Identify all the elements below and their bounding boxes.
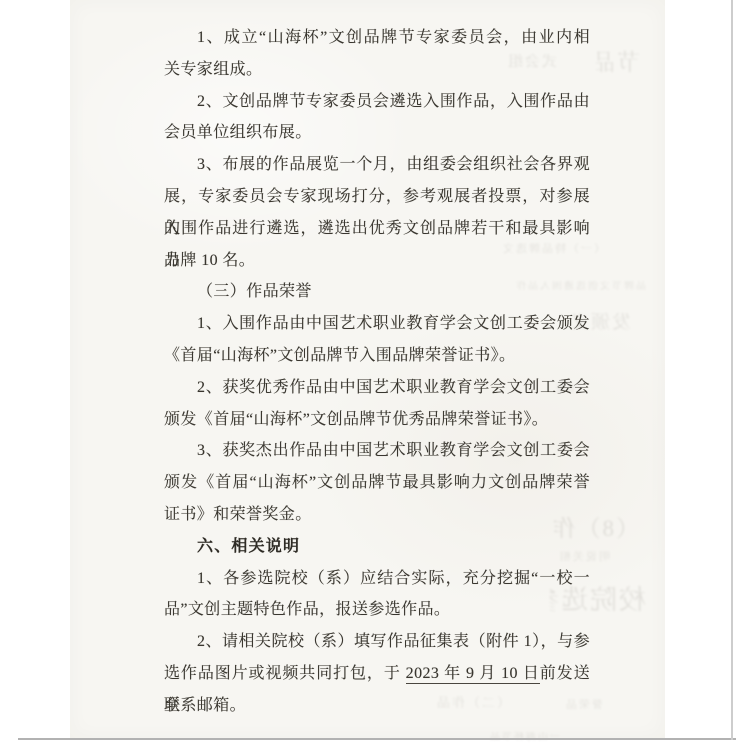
doc-line-6: 展，专家委员会专家现场打分，参考观展者投票，对参展的 [164, 181, 590, 213]
doc-line-9: （三）作品荣誉 [164, 276, 590, 308]
page-bottom-divider [18, 738, 736, 740]
doc-line-11: 《首届“山海杯”文创品牌节入围品牌荣誉证书》。 [164, 340, 590, 372]
underlined-deadline-date: 2023 年 9 月 10 日 [406, 665, 540, 684]
doc-line-13: 颁发《首届“山海杯”文创品牌节优秀品牌荣誉证书》。 [164, 404, 590, 436]
doc-line-16: 证书》和荣誉奖金。 [164, 499, 590, 531]
doc-line-22: 联系邮箱。 [164, 690, 590, 722]
doc-line-1: 1、成立“山海杯”文创品牌节专家委员会，由业内相 [164, 22, 590, 54]
doc-line-19: 品”文创主题特色作品，报送参选作品。 [164, 594, 590, 626]
doc-line-10: 1、入围作品由中国艺术职业教育学会文创工委会颁发 [164, 308, 590, 340]
doc-line-20: 2、请相关院校（系）填写作品征集表（附件 1），与参 [164, 626, 590, 658]
doc-line-14: 3、获奖杰出作品由中国艺术职业教育学会文创工委会 [164, 435, 590, 467]
doc-line-12: 2、获奖优秀作品由中国艺术职业教育学会文创工委会 [164, 372, 590, 404]
doc-line-18: 1、各参选院校（系）应结合实际，充分挖掘“一校一 [164, 563, 590, 595]
bleed-through-artifact: 节品牌 [596, 50, 640, 76]
doc-line-8: 品牌 10 名。 [164, 245, 590, 277]
doc-line-5: 3、布展的作品展览一个月，由组委会组织社会各界观 [164, 149, 590, 181]
doc-text-fragment: 选作品图片或视频共同打包，于 [164, 665, 406, 682]
doc-line-7: 入围作品进行遴选，遴选出优秀文创品牌若干和最具影响力 [164, 213, 590, 245]
doc-line-21: 选作品图片或视频共同打包，于 2023 年 9 月 10 日前发送至 [164, 658, 590, 690]
doc-line-15: 颁发《首届“山海杯”文创品牌节最具影响力文创品牌荣誉 [164, 467, 590, 499]
document-text-block: 1、成立“山海杯”文创品牌节专家委员会，由业内相关专家组成。2、文创品牌节专家委… [164, 22, 590, 722]
window-right-border [731, 0, 733, 740]
doc-line-17: 六、相关说明 [164, 531, 590, 563]
doc-line-3: 2、文创品牌节专家委员会遴选入围作品，入围作品由 [164, 86, 590, 118]
doc-line-4: 会员单位组织布展。 [164, 117, 590, 149]
doc-line-2: 关专家组成。 [164, 54, 590, 86]
